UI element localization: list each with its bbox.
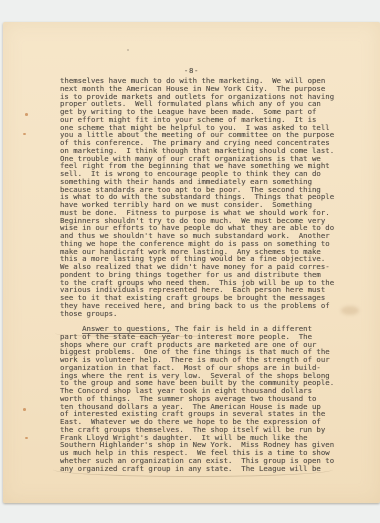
document-body: themselves have much to do with the mark… (60, 77, 334, 472)
paper-stain (341, 306, 359, 315)
paragraph-1: themselves have much to do with the mark… (60, 77, 334, 317)
rust-speckle (23, 408, 26, 411)
pencil-smudge (55, 328, 240, 337)
document-page: -8- themselves have much to do with the … (3, 22, 380, 503)
text-line: those groups. (60, 310, 334, 318)
rust-speckle (23, 133, 26, 135)
rust-speckle (25, 437, 28, 439)
scan-background: { "page": { "background_color": "#eef0ef… (0, 0, 380, 523)
pencil-smudge (53, 462, 333, 477)
rust-speckle (25, 113, 28, 116)
paragraph-2-lines: part of the state each year to interest … (60, 333, 334, 473)
paragraph-2: Answer to questions, The fair is held in… (60, 325, 334, 472)
page-number: -8- (3, 66, 380, 75)
ink-dot (127, 49, 129, 51)
